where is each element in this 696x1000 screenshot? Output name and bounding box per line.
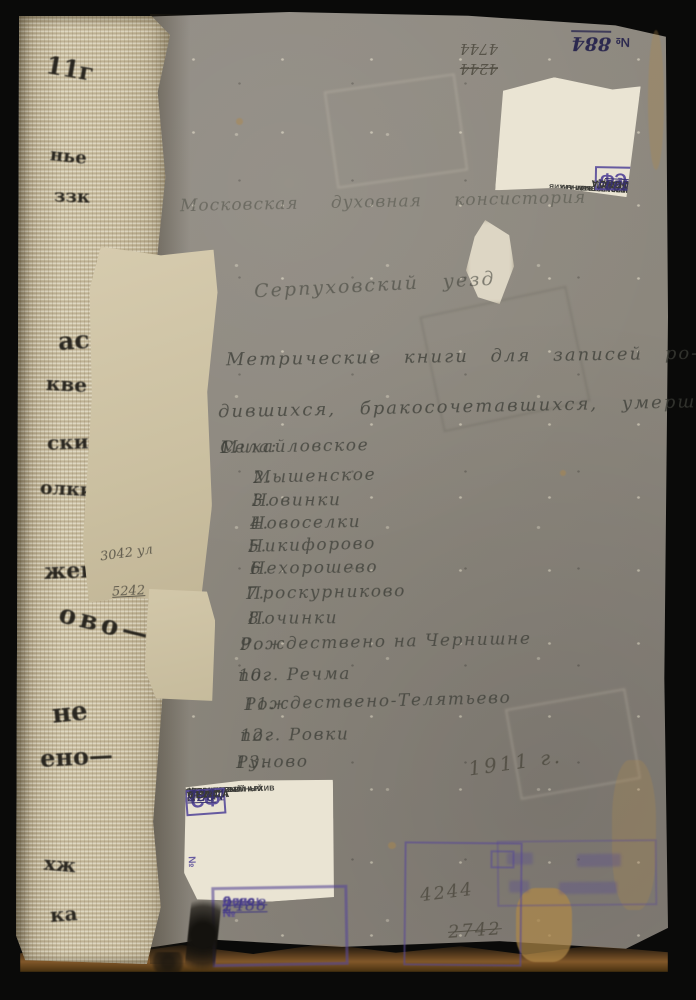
delo-value: 4244 (596, 177, 630, 191)
spine-text-fragment: не (51, 696, 90, 730)
spine-text-fragment: хж (43, 851, 77, 878)
pencil-number: 4744 (402, 40, 498, 58)
village-name: Никифорово (248, 534, 376, 557)
village-name: Новинки (252, 490, 342, 511)
stamp-smudge (507, 852, 533, 864)
delo-value: 4244 (187, 789, 226, 802)
spine-text-fragment: кве (45, 371, 87, 397)
ink-smudge (148, 952, 188, 972)
stamp-delo-value: 2488 (222, 895, 267, 915)
foxing-dot (560, 470, 566, 476)
archive-book-cover-photo: 11г нье ззк ас кве ски олки жев ово— не … (0, 0, 696, 1000)
foxing-dot (236, 118, 243, 125)
numero-sign: № (615, 35, 630, 50)
village-name: Починки (248, 608, 338, 629)
pencil-number-notes: 4244 4744 (402, 40, 498, 78)
village-name: пог. Ровки (240, 724, 350, 746)
spine-text-fragment: ски (47, 429, 89, 454)
numero-sign: № (186, 856, 197, 868)
repair-tape-patch-small (142, 587, 218, 703)
spine-text-fragment: ка (49, 901, 78, 927)
village-name: пог. Речма (238, 664, 351, 686)
spine-text-fragment: ено— (39, 740, 113, 773)
village-name: Новоселки (250, 512, 361, 534)
pencil-number-crossed: 4244 (402, 60, 498, 78)
village-name: Руново (236, 752, 309, 773)
ink-number-value: 884 (571, 30, 611, 55)
archive-label-top: ЦЕНТРАЛЬНЫЙ ГОСУДАРСТВЕННЫЙ ИСТОРИЧЕСКИЙ… (495, 74, 641, 197)
stamp-smudge (577, 854, 621, 867)
spine-text-fragment: ззк (54, 185, 91, 207)
pressed-stamp-impression (324, 73, 468, 188)
pencil-number-crossed: 2742 (447, 918, 502, 943)
foxing-dot (388, 842, 396, 849)
spine-text-fragment: ас (57, 325, 90, 356)
village-name: Михайловское (220, 435, 369, 458)
wear-stain (648, 30, 664, 170)
ink-number-note: № 884 (500, 31, 630, 55)
opis-delo-stamp: Опись № 1 Дело № 2488 (211, 885, 348, 967)
spine-text-fragment: нье (49, 144, 88, 169)
illegible-stamp (497, 839, 658, 907)
village-name: Мышенское (253, 465, 376, 488)
tape-pencil-note: 5242 (112, 583, 146, 600)
village-name: Нехорошево (250, 557, 378, 579)
stamp-smudge (509, 881, 529, 893)
village-name: Проскурниково (246, 581, 406, 604)
stamp-smudge (559, 882, 617, 895)
